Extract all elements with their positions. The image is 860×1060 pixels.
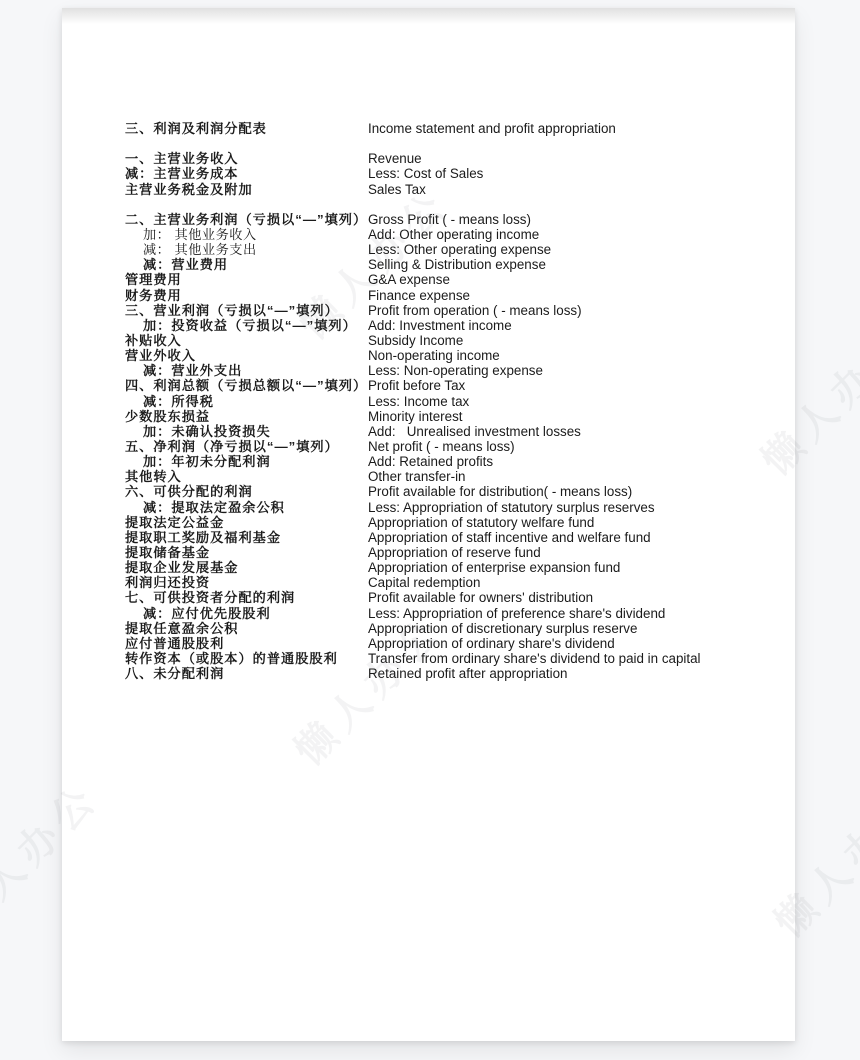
row-english-term: Appropriation of reserve fund [368, 545, 775, 560]
row-english-term: Sales Tax [368, 182, 775, 197]
table-row: 转作资本（或股本）的普通股股利 Transfer from ordinary s… [125, 651, 775, 666]
table-row: 提取法定公益金 Appropriation of statutory welfa… [125, 515, 775, 530]
row-english-term: Appropriation of staff incentive and wel… [368, 530, 775, 545]
row-english-term: Less: Other operating expense [368, 242, 775, 257]
row-english-term: Other transfer-in [368, 469, 775, 484]
row-english-term: Appropriation of discretionary surplus r… [368, 621, 775, 636]
table-row: 四、利润总额（亏损总额以“—”填列） Profit before Tax [125, 378, 775, 393]
row-chinese-term: 五、净利润（净亏损以“—”填列） [125, 439, 368, 454]
row-chinese-term: 提取储备基金 [125, 545, 368, 560]
table-row: 减：营业费用 Selling & Distribution expense [125, 257, 775, 272]
row-chinese-term: 其他转入 [125, 469, 368, 484]
row-chinese-term: 提取法定公益金 [125, 515, 368, 530]
table-row: 提取企业发展基金 Appropriation of enterprise exp… [125, 560, 775, 575]
row-chinese-term: 三、利润及利润分配表 [125, 121, 368, 136]
row-chinese-term: 减：应付优先股股利 [125, 606, 368, 621]
spacer-row [125, 197, 775, 212]
table-row: 减：应付优先股股利 Less: Appropriation of prefere… [125, 606, 775, 621]
row-english-term: Less: Cost of Sales [368, 166, 775, 181]
row-english-term: Add: Retained profits [368, 454, 775, 469]
table-row: 营业外收入 Non-operating income [125, 348, 775, 363]
row-english-term: G&A expense [368, 272, 775, 287]
row-chinese-term: 减：主营业务成本 [125, 166, 368, 181]
table-row: 八、未分配利润 Retained profit after appropriat… [125, 666, 775, 681]
table-row: 五、净利润（净亏损以“—”填列） Net profit ( - means lo… [125, 439, 775, 454]
row-chinese-term: 加：未确认投资损失 [125, 424, 368, 439]
row-chinese-term: 补贴收入 [125, 333, 368, 348]
row-english-term: Finance expense [368, 288, 775, 303]
row-chinese-term: 减： 其他业务支出 [125, 242, 368, 257]
table-row: 财务费用 Finance expense [125, 288, 775, 303]
row-english-term: Subsidy Income [368, 333, 775, 348]
row-english-term: Appropriation of ordinary share's divide… [368, 636, 775, 651]
table-row: 三、利润及利润分配表 Income statement and profit a… [125, 121, 775, 136]
row-chinese-term: 加：年初未分配利润 [125, 454, 368, 469]
row-english-term: Net profit ( - means loss) [368, 439, 775, 454]
table-row: 七、可供投资者分配的利润 Profit available for owners… [125, 590, 775, 605]
row-chinese-term: 利润归还投资 [125, 575, 368, 590]
row-chinese-term: 减：所得税 [125, 394, 368, 409]
row-chinese-term: 四、利润总额（亏损总额以“—”填列） [125, 378, 368, 393]
row-chinese-term: 八、未分配利润 [125, 666, 368, 681]
table-row: 减： 其他业务支出 Less: Other operating expense [125, 242, 775, 257]
row-chinese-term: 七、可供投资者分配的利润 [125, 590, 368, 605]
row-chinese-term: 加：投资收益（亏损以“—”填列） [125, 318, 368, 333]
row-english-term: Gross Profit ( - means loss) [368, 212, 775, 227]
row-english-term: Less: Appropriation of statutory surplus… [368, 500, 775, 515]
table-row: 提取职工奖励及福利基金 Appropriation of staff incen… [125, 530, 775, 545]
table-row: 减：提取法定盈余公积 Less: Appropriation of statut… [125, 500, 775, 515]
row-english-term: Add: Investment income [368, 318, 775, 333]
row-english-term: Profit available for owners' distributio… [368, 590, 775, 605]
table-row: 利润归还投资 Capital redemption [125, 575, 775, 590]
glossary-table: 三、利润及利润分配表 Income statement and profit a… [125, 121, 775, 681]
row-english-term: Add: Unrealised investment losses [368, 424, 775, 439]
row-chinese-term: 少数股东损益 [125, 409, 368, 424]
table-row: 减：主营业务成本 Less: Cost of Sales [125, 166, 775, 181]
row-english-term: Less: Income tax [368, 394, 775, 409]
row-chinese-term: 财务费用 [125, 288, 368, 303]
row-english-term: Appropriation of enterprise expansion fu… [368, 560, 775, 575]
row-chinese-term: 营业外收入 [125, 348, 368, 363]
table-row: 加：投资收益（亏损以“—”填列） Add: Investment income [125, 318, 775, 333]
row-chinese-term: 三、营业利润（亏损以“—”填列） [125, 303, 368, 318]
row-english-term: Revenue [368, 151, 775, 166]
row-english-term: Retained profit after appropriation [368, 666, 775, 681]
table-row: 少数股东损益 Minority interest [125, 409, 775, 424]
table-row: 一、主营业务收入 Revenue [125, 151, 775, 166]
row-chinese-term: 提取职工奖励及福利基金 [125, 530, 368, 545]
table-row: 加：年初未分配利润 Add: Retained profits [125, 454, 775, 469]
table-row: 提取任意盈余公积 Appropriation of discretionary … [125, 621, 775, 636]
table-row: 管理费用 G&A expense [125, 272, 775, 287]
row-english-term: Capital redemption [368, 575, 775, 590]
row-english-term: Less: Appropriation of preference share'… [368, 606, 775, 621]
row-english-term: Transfer from ordinary share's dividend … [368, 651, 775, 666]
table-row: 主营业务税金及附加 Sales Tax [125, 182, 775, 197]
row-english-term: Add: Other operating income [368, 227, 775, 242]
table-row: 二、主营业务利润（亏损以“—”填列） Gross Profit ( - mean… [125, 212, 775, 227]
row-chinese-term: 加： 其他业务收入 [125, 227, 368, 242]
spacer-row [125, 136, 775, 151]
table-row: 六、可供分配的利润 Profit available for distribut… [125, 484, 775, 499]
row-english-term: Profit before Tax [368, 378, 775, 393]
row-english-term: Minority interest [368, 409, 775, 424]
row-chinese-term: 减：营业费用 [125, 257, 368, 272]
row-english-term: Profit available for distribution( - mea… [368, 484, 775, 499]
row-english-term: Selling & Distribution expense [368, 257, 775, 272]
table-row: 减：所得税 Less: Income tax [125, 394, 775, 409]
row-chinese-term: 一、主营业务收入 [125, 151, 368, 166]
document-page: 三、利润及利润分配表 Income statement and profit a… [62, 8, 795, 1041]
screen-background: 三、利润及利润分配表 Income statement and profit a… [0, 0, 860, 1060]
row-chinese-term: 减：营业外支出 [125, 363, 368, 378]
table-row: 减：营业外支出 Less: Non-operating expense [125, 363, 775, 378]
row-chinese-term: 减：提取法定盈余公积 [125, 500, 368, 515]
table-row: 应付普通股股利 Appropriation of ordinary share'… [125, 636, 775, 651]
row-chinese-term: 提取任意盈余公积 [125, 621, 368, 636]
row-english-term: Appropriation of statutory welfare fund [368, 515, 775, 530]
table-row: 补贴收入 Subsidy Income [125, 333, 775, 348]
row-chinese-term: 主营业务税金及附加 [125, 182, 368, 197]
row-chinese-term: 管理费用 [125, 272, 368, 287]
row-chinese-term: 提取企业发展基金 [125, 560, 368, 575]
table-row: 加：未确认投资损失 Add: Unrealised investment los… [125, 424, 775, 439]
row-english-term: Less: Non-operating expense [368, 363, 775, 378]
table-row: 提取储备基金 Appropriation of reserve fund [125, 545, 775, 560]
row-english-term: Non-operating income [368, 348, 775, 363]
table-row: 其他转入 Other transfer-in [125, 469, 775, 484]
row-english-term: Profit from operation ( - means loss) [368, 303, 775, 318]
row-chinese-term: 转作资本（或股本）的普通股股利 [125, 651, 368, 666]
row-english-term: Income statement and profit appropriatio… [368, 121, 775, 136]
row-chinese-term: 六、可供分配的利润 [125, 484, 368, 499]
row-chinese-term: 应付普通股股利 [125, 636, 368, 651]
row-chinese-term: 二、主营业务利润（亏损以“—”填列） [125, 212, 368, 227]
table-row: 三、营业利润（亏损以“—”填列） Profit from operation (… [125, 303, 775, 318]
table-row: 加： 其他业务收入 Add: Other operating income [125, 227, 775, 242]
